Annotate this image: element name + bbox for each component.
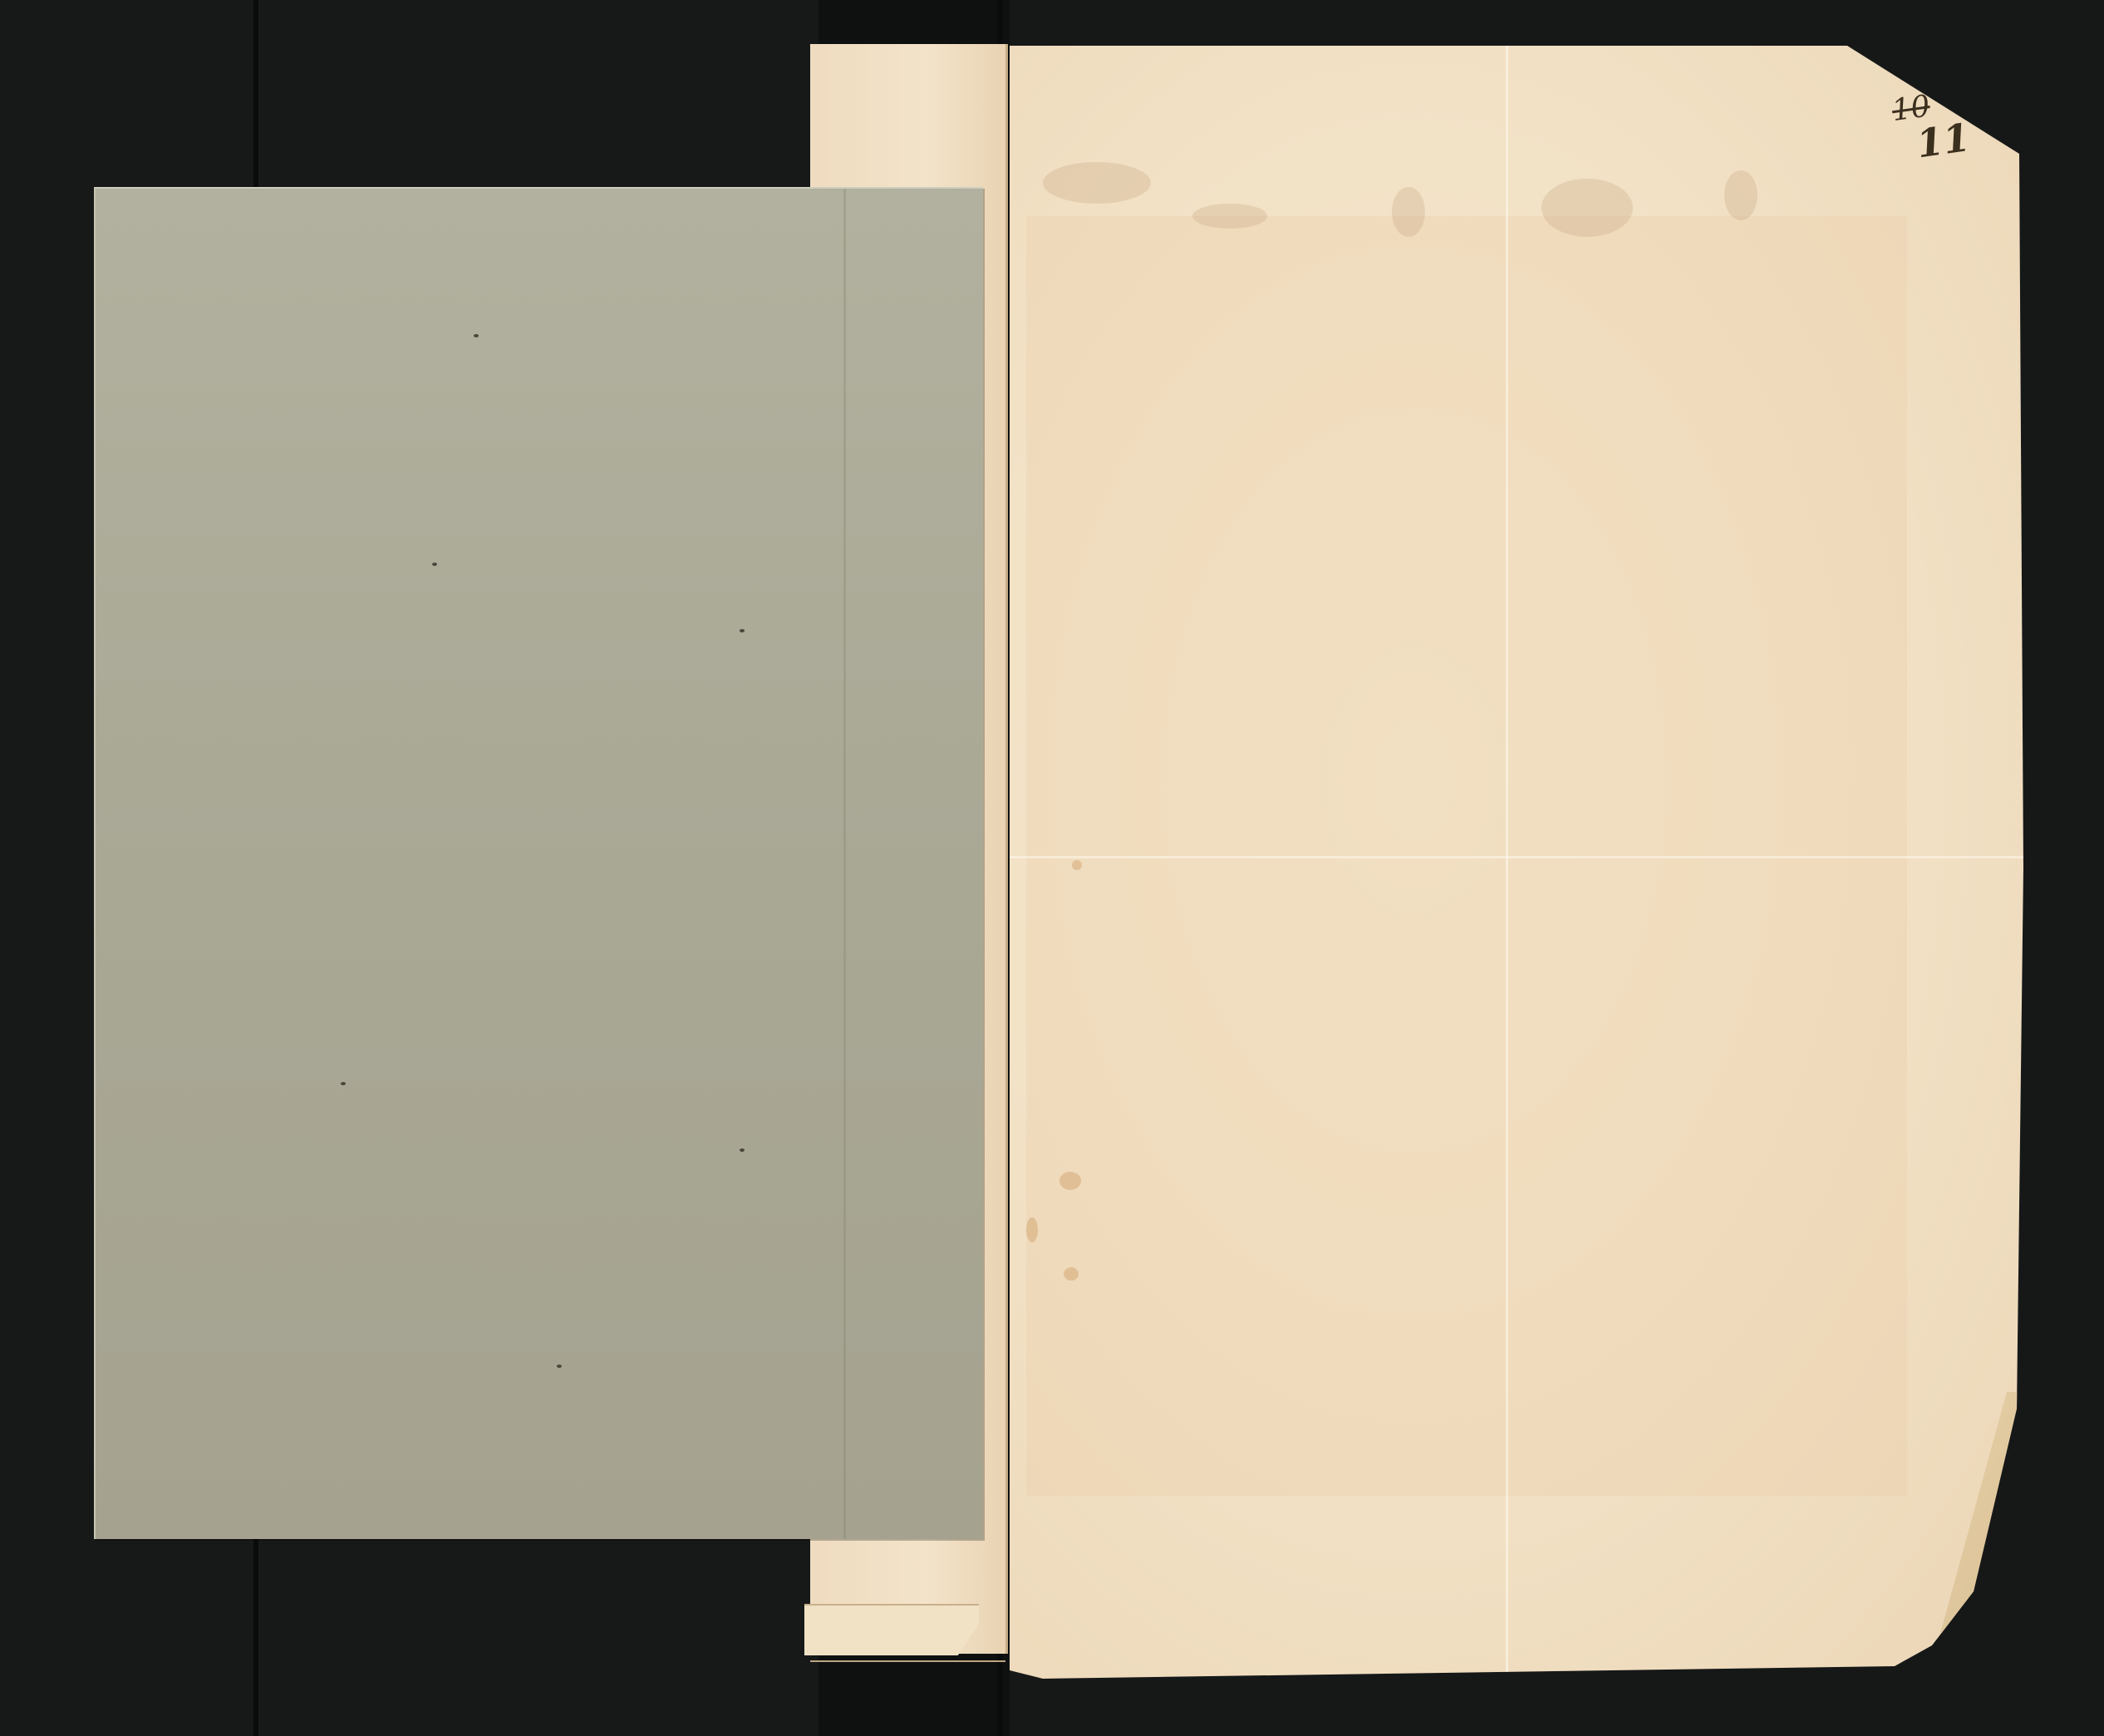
- document-page: [1010, 46, 2023, 1679]
- ink-bleed-through: [1724, 170, 1757, 220]
- vertical-fold-line: [1506, 46, 1508, 1679]
- horizontal-fold-line: [1010, 856, 2023, 858]
- paper-speck: [474, 334, 479, 337]
- foxing-stain: [1059, 1172, 1081, 1190]
- handwritten-page-number: 10 11: [1890, 86, 1973, 165]
- cover-fold-line: [843, 189, 846, 1539]
- paper-speck: [557, 1365, 562, 1368]
- foxing-stain: [1026, 1217, 1038, 1242]
- ink-bleed-through: [1392, 187, 1425, 237]
- ink-bleed-through: [1192, 204, 1267, 229]
- ink-bleed-through: [1043, 162, 1151, 204]
- paper-speck: [432, 563, 437, 566]
- ink-bleed-through: [1541, 179, 1633, 237]
- strip-fold-line: [810, 1660, 1005, 1662]
- foxing-stain: [1072, 860, 1082, 870]
- back-page-bottom-flap: [804, 1604, 979, 1655]
- gray-cover-sheet: [94, 187, 983, 1539]
- paper-speck: [740, 629, 745, 632]
- paper-speck: [740, 1148, 745, 1152]
- current-page-number: 11: [1915, 118, 1973, 163]
- foxing-stain: [1064, 1267, 1079, 1281]
- paper-speck: [341, 1082, 346, 1085]
